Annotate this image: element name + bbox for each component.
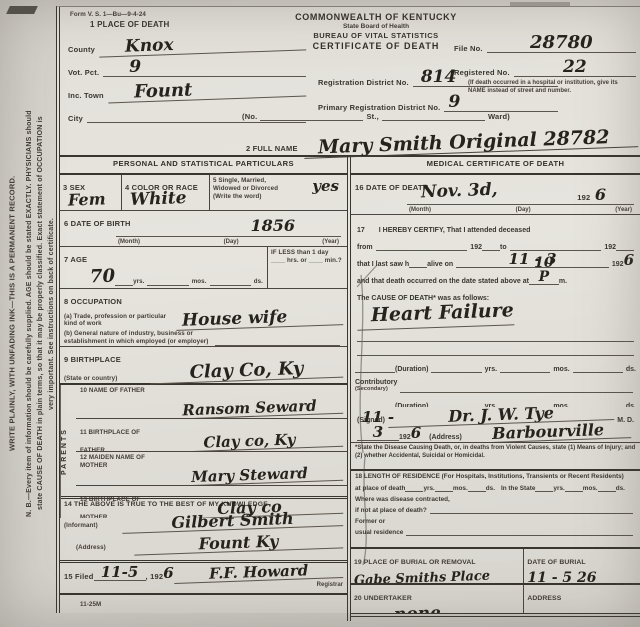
duration-ds-label-1: ds.	[626, 366, 636, 373]
filed-label: 15 Filed	[64, 572, 94, 581]
occupation-a-label: (a) Trade, profession or particular kind…	[64, 313, 176, 329]
dod-sublabels: (Month) (Day) (Year)	[409, 207, 632, 213]
commonwealth-title: COMMONWEALTH OF KENTUCKY	[270, 12, 482, 23]
date-of-death-row: 16 DATE OF DEATH Nov. 3d, 192 6 (Month) …	[351, 175, 640, 215]
file-no-label: File No.	[454, 44, 483, 53]
cause-section: Heart Failure (Duration) yrs. mos. ds.	[351, 303, 640, 407]
contributory-labels: Contributory (Secondary)	[355, 379, 397, 393]
duration-yrs-blank-1	[431, 364, 481, 373]
father-name-value: Ransom Seward	[156, 397, 343, 418]
burial-date-cell: DATE OF BURIAL 11 - 5 26	[524, 549, 640, 583]
voting-precinct-value: 9	[103, 59, 306, 77]
cause-footnote: *State the Disease Causing Death, or, in…	[351, 443, 640, 471]
marital-label: 5 Single, Married, Widowed or Divorced	[213, 177, 285, 193]
death-time-line: and that death occurred on the date stat…	[355, 268, 636, 285]
last-saw-year: 6	[624, 253, 634, 268]
burial-section: 19 PLACE OF BURIAL OR REMOVAL Gabe Smith…	[351, 549, 640, 585]
duration-yrs-label-1: yrs.	[485, 366, 497, 373]
burial-date-label: DATE OF BURIAL	[527, 559, 585, 566]
occupation-b-row: (b) General nature of industry, business…	[64, 330, 343, 346]
residence-label: 18 LENGTH OF RESIDENCE (For Hospitals, I…	[355, 473, 625, 481]
to-label: to	[500, 244, 507, 251]
signed-section: (Signed) Dr. J. W. Tye M. D. 11 - 3 192 …	[351, 407, 640, 443]
from-192: 192	[470, 244, 482, 251]
birthplace-value: Clay Co, Ky	[150, 359, 344, 385]
contributory-blank	[400, 384, 633, 393]
margin-line-1: WRITE PLAINLY, WITH UNFADING INK—THIS IS…	[7, 8, 17, 619]
burial-place-label: 19 PLACE OF BURIAL OR REMOVAL	[354, 559, 476, 566]
father-birthplace-value: Clay co, Ky	[156, 431, 343, 452]
former-line: Former or	[355, 514, 636, 525]
undertaker-section: 20 UNDERTAKER none ADDRESS	[351, 585, 640, 617]
certificate-body: PERSONAL AND STATISTICAL PARTICULARS 3 S…	[60, 155, 640, 603]
hospital-note: (If death occurred in a hospital or inst…	[454, 80, 636, 96]
res-yrs-blank	[405, 483, 423, 492]
certify-text: I HEREBY CERTIFY, That I attended deceas…	[379, 227, 531, 234]
father-birthplace-row: 11 BIRTHPLACE OF FATHER (State or countr…	[76, 419, 347, 453]
if-not-line: if not at place of death?	[355, 503, 636, 514]
father-name-label: 10 NAME OF FATHER	[80, 386, 156, 395]
contracted-label: Where was disease contracted,	[355, 496, 450, 503]
race-cell: 4 COLOR OR RACE White	[122, 175, 210, 210]
filed-section: 15 Filed 11-5 , 192 6 F.F. Howard Regist…	[60, 563, 347, 595]
birthplace-sublabel: (State or country)	[64, 375, 117, 382]
duration-ds-blank-1	[573, 364, 623, 373]
from-label: from	[357, 244, 373, 251]
street-blank	[260, 112, 363, 121]
registrar-signature: F.F. Howard	[173, 562, 343, 584]
last-saw-blank	[409, 259, 427, 268]
city-label: City	[68, 114, 83, 123]
informant-address-value: Fount Ky	[134, 531, 343, 555]
father-birthplace-label: 11 BIRTHPLACE OF FATHER	[80, 429, 140, 453]
board-subtitle: State Board of Health	[270, 23, 482, 31]
if-not-label: if not at place of death?	[355, 507, 427, 514]
dod-year-value: 6	[595, 185, 606, 204]
informant-address-row: (Address) Fount Ky	[64, 530, 343, 552]
dob-value: 1856	[250, 218, 295, 234]
attended-from-line: from 192 to 192	[355, 234, 636, 251]
dob-month-label: (Month)	[118, 239, 140, 245]
file-no-row: File No. 28780	[454, 29, 636, 53]
dob-label: 6 DATE OF BIRTH	[64, 219, 131, 228]
if-not-blank	[430, 505, 633, 514]
certify-section: 17 I HEREBY CERTIFY, That I attended dec…	[351, 215, 640, 303]
state-yrs-blank	[535, 483, 553, 492]
death-certificate-scan: WRITE PLAINLY, WITH UNFADING INK—THIS IS…	[0, 0, 640, 627]
cause-of-death-label: The CAUSE OF DEATH* was as follows:	[357, 295, 489, 302]
signed-year-value: 6	[411, 426, 421, 441]
secondary-label: (Secondary)	[355, 386, 397, 393]
ward-blank	[382, 112, 485, 121]
duration-label-1: (Duration)	[395, 366, 428, 373]
cause-value: Heart Failure	[357, 303, 515, 331]
voting-precinct-label: Vot. Pct.	[68, 68, 99, 77]
dod-year-group: 192 6	[577, 187, 606, 205]
registration-district-label: Registration District No.	[318, 78, 409, 87]
cause-blank-line-2	[357, 342, 634, 356]
age-blank	[115, 277, 133, 286]
res-ds-label: ds.	[486, 485, 495, 492]
duration-line-1: (Duration) yrs. mos. ds.	[353, 356, 638, 373]
age-yrs-label: yrs.	[133, 278, 144, 286]
parents-section: PARENTS 10 NAME OF FATHER Ransom Seward …	[60, 385, 347, 499]
informant-row: (Informant) Gilbert Smith	[64, 508, 343, 530]
filed-year-value: 6	[163, 566, 173, 581]
form-code: Form V. S. 1—Bu—9-4-24	[70, 11, 146, 19]
dod-value: Nov. 3d,	[421, 182, 498, 202]
file-no-value: 28780	[487, 34, 636, 53]
full-name-row: 2 FULL NAME Mary Smith Original 28782	[60, 125, 640, 155]
dob-line	[116, 236, 341, 237]
date-of-birth-row: 6 DATE OF BIRTH 1856 (Month) (Day) (Year…	[60, 211, 347, 247]
margin-line-3: state CAUSE OF DEATH in plain terms, so …	[36, 8, 45, 619]
burial-place-value: Gabe Smiths Place	[354, 570, 490, 583]
duration-mos-label-1: mos.	[553, 366, 569, 373]
filed-row: 15 Filed 11-5 , 192 6 F.F. Howard	[64, 565, 343, 581]
full-name-label: 2 FULL NAME	[246, 144, 298, 153]
sex-cell: 3 SEX Fem	[60, 175, 122, 210]
contracted-line: Where was disease contracted,	[355, 492, 636, 503]
registered-no-row: Registered No. 22	[454, 53, 636, 77]
residence-duration-line: at place of death yrs. mos. ds. In the S…	[355, 481, 636, 492]
age-mos-blank	[147, 277, 188, 286]
res-yrs-label: yrs.	[423, 485, 434, 492]
contributory-label: Contributory	[355, 379, 397, 386]
age-ds-blank	[210, 277, 251, 286]
state-mos-label: mos.	[583, 485, 598, 492]
burial-date-value: 11 - 5 26	[527, 571, 637, 583]
duration-lead-blank	[355, 364, 395, 373]
undertaker-value: none	[394, 605, 441, 613]
death-time-m-label: m.	[559, 278, 567, 285]
margin-line-4: very important. See instructions on back…	[47, 8, 56, 619]
to-192: 192	[604, 244, 616, 251]
stock-note: 11-25M	[80, 601, 343, 609]
age-label: 7 AGE	[64, 255, 87, 264]
mother-name-value: Mary Steward	[156, 464, 343, 485]
county-label: County	[68, 45, 95, 54]
signed-192: 192	[399, 434, 411, 441]
filed-date-value: 11-5	[94, 565, 146, 581]
state-ds-label: ds.	[616, 485, 625, 492]
no-label: (No.	[242, 112, 257, 121]
dod-label: 16 DATE OF DEATH	[355, 183, 428, 192]
if-less-box: IF LESS than 1 day ____ hrs. or ____ min…	[267, 247, 347, 288]
filed-192-label: , 192	[146, 572, 164, 581]
undertaker-address-cell: ADDRESS	[524, 585, 640, 613]
sex-race-marital-row: 3 SEX Fem 4 COLOR OR RACE White 5 Single…	[60, 175, 347, 211]
place-of-death-title: 1 PLACE OF DEATH	[90, 20, 170, 29]
state-yrs-label: yrs.	[553, 485, 564, 492]
file-numbers: File No. 28780 Registered No. 22 (If dea…	[454, 29, 636, 96]
contributory-line: Contributory (Secondary)	[353, 373, 638, 393]
former-label: Former or	[355, 518, 385, 525]
res-mos-label: mos.	[453, 485, 468, 492]
ward-label: Ward)	[488, 112, 510, 121]
birthplace-label: 9 BIRTHPLACE	[64, 355, 121, 364]
dod-month-label: (Month)	[409, 207, 431, 213]
last-saw-line: that I last saw h alive on 11 - 3 192 6	[355, 251, 636, 268]
signed-address-label: (Address)	[429, 434, 462, 441]
dod-year-label: (Year)	[615, 207, 632, 213]
marital-value: yes	[312, 179, 339, 194]
personal-title: PERSONAL AND STATISTICAL PARTICULARS	[60, 157, 347, 175]
informant-address-label: (Address)	[64, 544, 134, 552]
usual-residence-label: usual residence	[355, 529, 403, 536]
stock-note-section: 11-25M	[60, 595, 347, 621]
state-ds-blank	[598, 483, 616, 492]
medical-column: MEDICAL CERTIFICATE OF DEATH 16 DATE OF …	[347, 157, 640, 621]
burial-place-cell: 19 PLACE OF BURIAL OR REMOVAL Gabe Smith…	[351, 549, 524, 583]
if-less-note: IF LESS than 1 day ____ hrs. or ____ min…	[271, 249, 344, 265]
undertaker-address-label: ADDRESS	[527, 595, 561, 602]
age-line: 70 yrs. mos. ds.	[64, 268, 263, 286]
last-saw-192: 192	[612, 261, 624, 268]
medical-title: MEDICAL CERTIFICATE OF DEATH	[351, 157, 640, 175]
informant-label: (Informant)	[64, 522, 122, 530]
dob-day-label: (Day)	[224, 239, 239, 245]
father-birthplace-labels: 11 BIRTHPLACE OF FATHER (State or countr…	[80, 420, 156, 453]
inc-town-label: Inc. Town	[68, 91, 104, 100]
usual-residence-blank	[406, 527, 633, 536]
cause-blank-line-1	[357, 328, 634, 342]
in-state-label: In the State	[501, 485, 535, 492]
inc-town-row: Inc. Town Fount	[68, 77, 306, 100]
birthplace-labels: 9 BIRTHPLACE (State or country)	[64, 349, 150, 385]
bottom-filler	[351, 617, 640, 621]
occupation-b-label: (b) General nature of industry, business…	[64, 330, 212, 346]
birthplace-row: 9 BIRTHPLACE (State or country) Clay Co,…	[60, 347, 347, 385]
left-margin-instructions: WRITE PLAINLY, WITH UNFADING INK—THIS IS…	[0, 0, 56, 627]
undertaker-cell: 20 UNDERTAKER none	[351, 585, 524, 613]
dob-sublabels: (Month) (Day) (Year)	[118, 239, 339, 245]
bureau-subtitle: BUREAU OF VITAL STATISTICS	[270, 31, 482, 40]
dod-192-label: 192	[577, 193, 590, 202]
registered-no-label: Registered No.	[454, 68, 510, 77]
death-time-value: 10 P	[529, 256, 559, 285]
certify-line: 17 I HEREBY CERTIFY, That I attended dec…	[355, 217, 636, 234]
certificate-title: CERTIFICATE OF DEATH	[270, 41, 482, 52]
parents-side-label: PARENTS	[60, 385, 76, 518]
street-ward-row: (No. St., Ward)	[242, 107, 510, 121]
res-mos-blank	[435, 483, 453, 492]
death-at-label: and that death occurred on the date stat…	[357, 278, 529, 285]
personal-column: PERSONAL AND STATISTICAL PARTICULARS 3 S…	[60, 157, 347, 621]
age-row: 7 AGE 70 yrs. mos. ds. IF LESS than 1 d	[60, 247, 347, 289]
occupation-b-blank	[215, 337, 340, 346]
occupation-label: 8 OCCUPATION	[64, 297, 122, 306]
mother-name-row: 12 MAIDEN NAME OF MOTHER Mary Steward	[76, 452, 347, 486]
sex-value: Fem	[68, 191, 106, 208]
father-name-row: 10 NAME OF FATHER Ransom Seward	[76, 385, 347, 419]
dod-line	[407, 204, 634, 205]
form-header: Form V. S. 1—Bu—9-4-24 1 PLACE OF DEATH …	[60, 7, 640, 125]
duration-line-2: (Duration) yrs. mos. ds.	[353, 393, 638, 407]
last-saw-label: that I last saw h	[357, 261, 409, 268]
marital-cell: 5 Single, Married, Widowed or Divorced (…	[210, 175, 347, 210]
age-ds-label: ds.	[254, 278, 263, 286]
from-year-blank	[482, 242, 500, 251]
certificate-form: Form V. S. 1—Bu—9-4-24 1 PLACE OF DEATH …	[56, 6, 640, 613]
residence-section: 18 LENGTH OF RESIDENCE (For Hospitals, I…	[351, 471, 640, 549]
occupation-a-row: (a) Trade, profession or particular kind…	[64, 310, 343, 328]
age-main: 7 AGE 70 yrs. mos. ds.	[60, 247, 267, 288]
dob-year-label: (Year)	[322, 239, 339, 245]
occupation-row: 8 OCCUPATION (a) Trade, profession or pa…	[60, 289, 347, 347]
cause-label-line: The CAUSE OF DEATH* was as follows:	[355, 285, 636, 302]
from-blank	[376, 242, 468, 251]
duration-mos-blank-1	[500, 364, 550, 373]
st-label: St.,	[366, 112, 378, 121]
margin-line-2: N. B.—Every item of information should b…	[25, 8, 34, 619]
mother-name-label: 12 MAIDEN NAME OF MOTHER	[80, 453, 156, 470]
city-value	[87, 122, 306, 123]
undertaker-label: 20 UNDERTAKER	[354, 595, 412, 602]
dod-day-label: (Day)	[516, 207, 531, 213]
state-mos-blank	[565, 483, 583, 492]
race-value: White	[130, 190, 187, 209]
age-mos-label: mos.	[192, 278, 207, 286]
to-year-blank	[616, 242, 634, 251]
certify-number: 17	[357, 227, 365, 234]
age-value: 70	[90, 268, 116, 287]
occupation-a-value: House wife	[176, 307, 344, 331]
state-header: COMMONWEALTH OF KENTUCKY State Board of …	[270, 12, 482, 52]
registered-no-value: 22	[514, 59, 636, 77]
alive-label: alive on	[427, 261, 453, 268]
usual-residence-line: usual residence	[355, 525, 636, 536]
at-place-label: at place of death	[355, 485, 405, 492]
res-ds-blank	[468, 483, 486, 492]
